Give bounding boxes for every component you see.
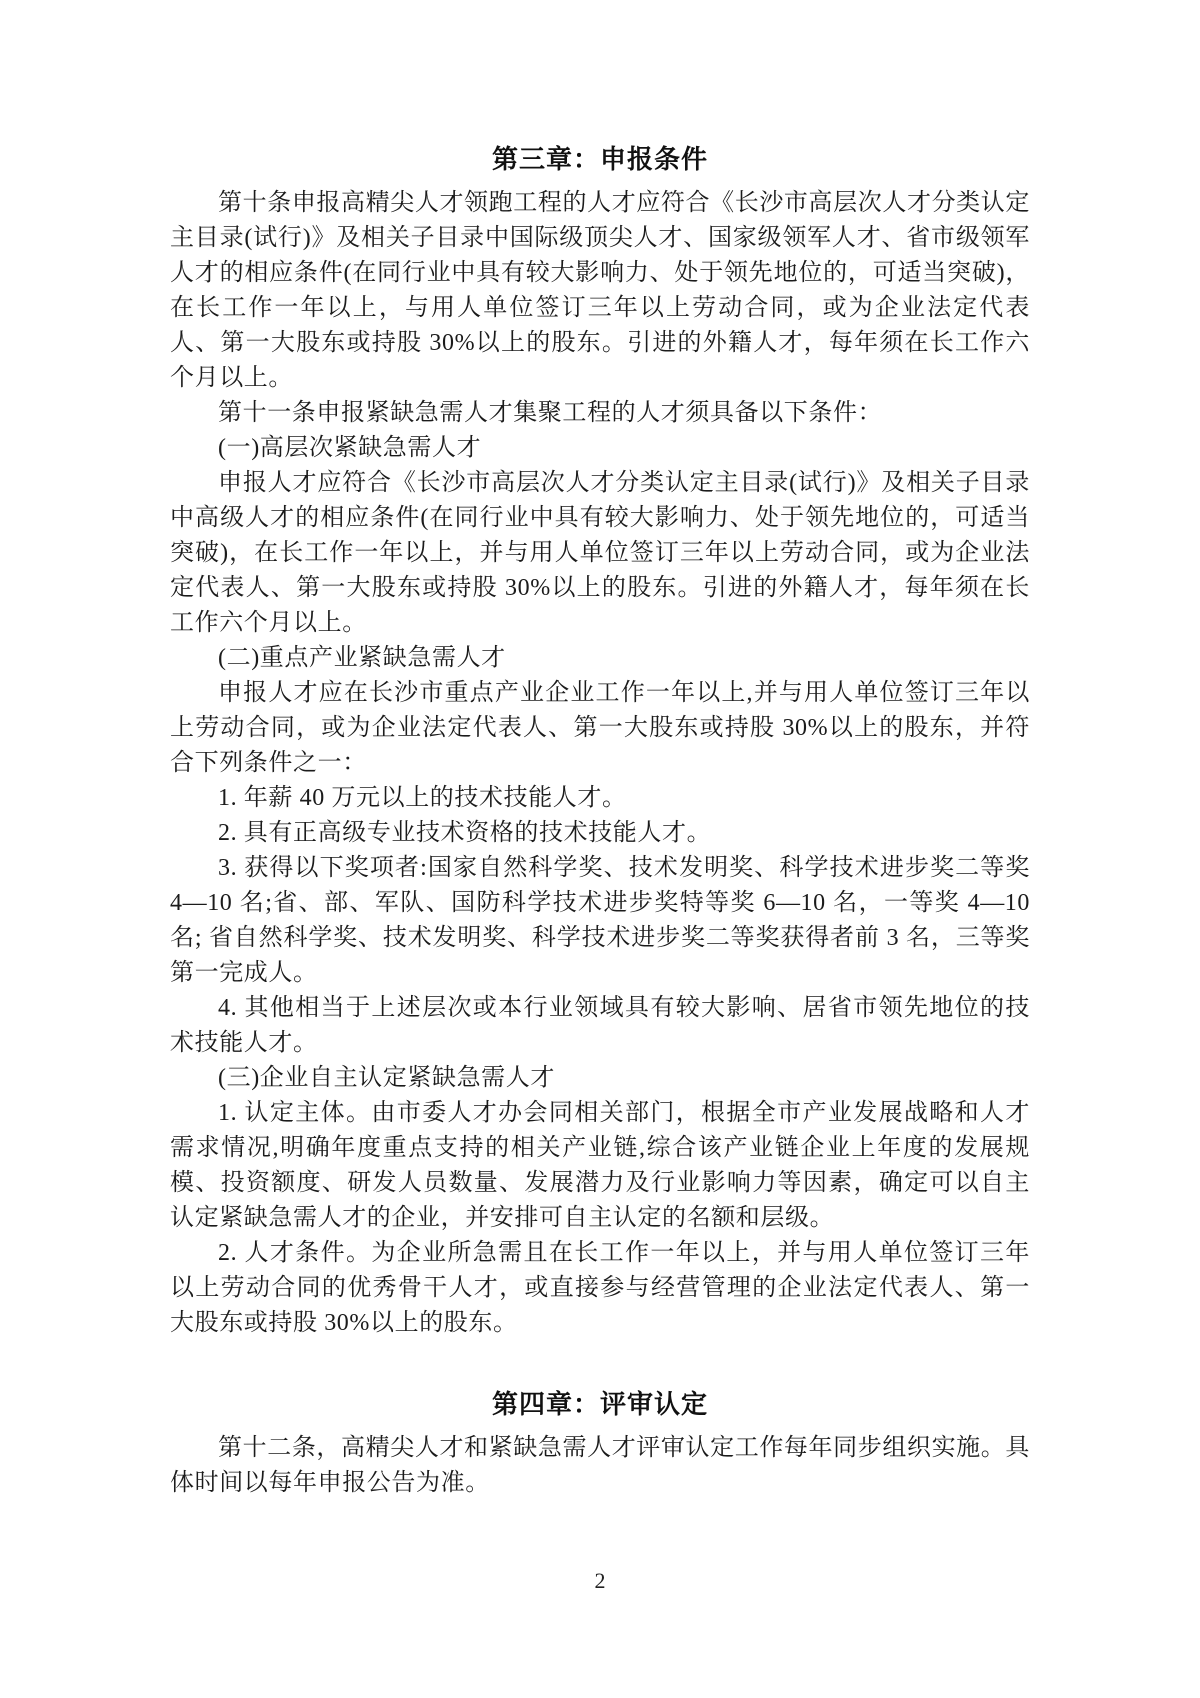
paragraph-item-2-title: (二)重点产业紧缺急需人才 — [170, 641, 1030, 676]
paragraph-item-3-title: (三)企业自主认定紧缺急需人才 — [170, 1061, 1030, 1096]
paragraph-article-12: 第十二条，高精尖人才和紧缺急需人才评审认定工作每年同步组织实施。具体时间以每年申… — [170, 1431, 1030, 1501]
paragraph-item-1-body: 申报人才应符合《长沙市高层次人才分类认定主目录(试行)》及相关子目录中高级人才的… — [170, 466, 1030, 641]
paragraph-article-10: 第十条申报高精尖人才领跑工程的人才应符合《长沙市高层次人才分类认定主目录(试行)… — [170, 186, 1030, 396]
paragraph-condition-2: 2. 具有正高级专业技术资格的技术技能人才。 — [170, 816, 1030, 851]
page-content: 第三章：申报条件 第十条申报高精尖人才领跑工程的人才应符合《长沙市高层次人才分类… — [170, 140, 1030, 1501]
paragraph-condition-3: 3. 获得以下奖项者:国家自然科学奖、技术发明奖、科学技术进步奖二等奖 4—10… — [170, 851, 1030, 991]
paragraph-item-3-point-1: 1. 认定主体。由市委人才办会同相关部门，根据全市产业发展战略和人才需求情况,明… — [170, 1096, 1030, 1236]
document-page: 第三章：申报条件 第十条申报高精尖人才领跑工程的人才应符合《长沙市高层次人才分类… — [0, 0, 1200, 1698]
paragraph-item-3-point-2: 2. 人才条件。为企业所急需且在长工作一年以上，并与用人单位签订三年以上劳动合同… — [170, 1236, 1030, 1341]
paragraph-item-1-title: (一)高层次紧缺急需人才 — [170, 431, 1030, 466]
paragraph-item-2-body: 申报人才应在长沙市重点产业企业工作一年以上,并与用人单位签订三年以上劳动合同，或… — [170, 676, 1030, 781]
paragraph-condition-1: 1. 年薪 40 万元以上的技术技能人才。 — [170, 781, 1030, 816]
chapter-4-heading: 第四章：评审认定 — [170, 1385, 1030, 1425]
chapter-3-heading: 第三章：申报条件 — [170, 140, 1030, 180]
paragraph-condition-4: 4. 其他相当于上述层次或本行业领域具有较大影响、居省市领先地位的技术技能人才。 — [170, 991, 1030, 1061]
page-number: 2 — [0, 1568, 1200, 1594]
paragraph-article-11: 第十一条申报紧缺急需人才集聚工程的人才须具备以下条件： — [170, 396, 1030, 431]
